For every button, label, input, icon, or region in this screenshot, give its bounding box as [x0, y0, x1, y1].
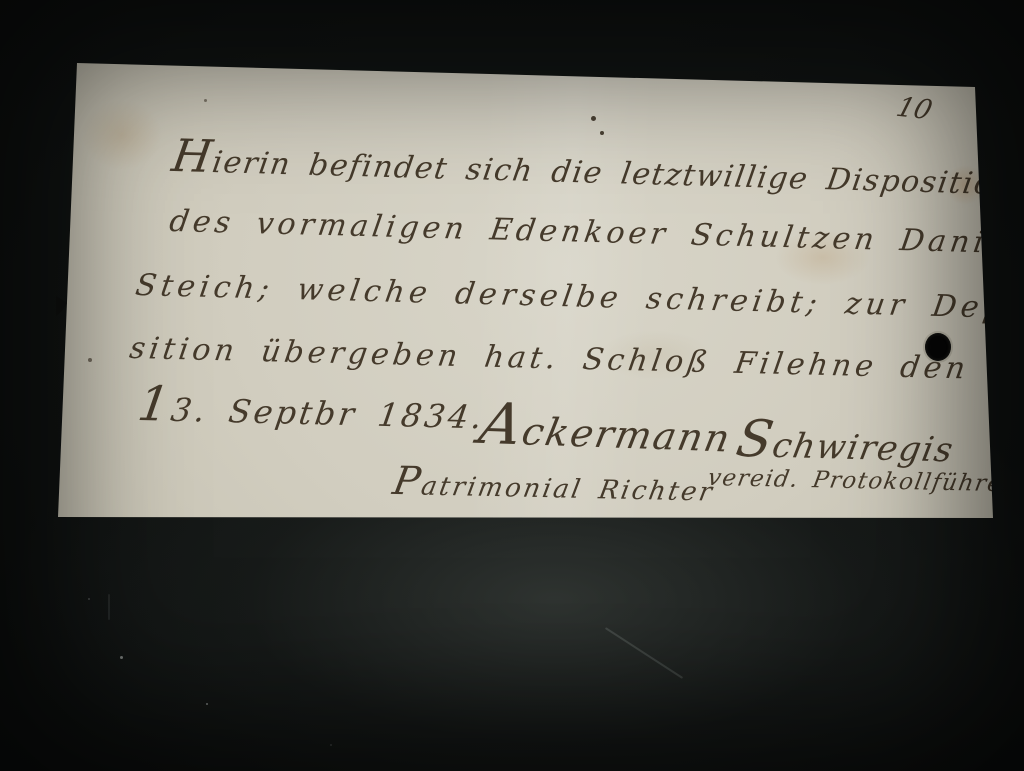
handwriting-line-5: 13. Septbr 1834.: [135, 380, 489, 436]
scratch-mark-1: [605, 627, 683, 679]
ink-speck-3: [88, 358, 92, 362]
ink-speck-4: [204, 99, 207, 102]
stain-top-left: [82, 100, 162, 170]
dust-speck-3: [88, 598, 90, 600]
handwriting-line-4: sition übergeben hat. Schloß Filehne den: [128, 334, 971, 384]
handwriting-line-1: Hierin befindet sich die letztwillige Di…: [169, 133, 1019, 201]
dust-speck-1: [120, 656, 123, 659]
ink-speck-1: [591, 116, 596, 121]
punch-hole: [925, 333, 951, 361]
dust-speck-2: [206, 703, 208, 705]
scratch-mark-2: [108, 594, 110, 620]
paper-edge-notch: [56, 296, 67, 316]
signature-name-2: Schwiregis: [733, 414, 960, 470]
signature-name-1: Ackermann: [475, 396, 738, 461]
page-number: 10: [893, 94, 935, 124]
handwriting-line-2: des vormaligen Edenkoer Schultzen Daniel: [168, 207, 1024, 259]
paper-document: 10 Hierin befindet sich die letztwillige…: [0, 0, 1024, 771]
handwriting-line-3: Steich; welche derselbe schreibt; zur De…: [134, 271, 1024, 325]
dust-speck-4: [330, 744, 332, 746]
signature-title-1: Patrimonial Richter: [390, 462, 718, 508]
photo-frame: 10 Hierin befindet sich die letztwillige…: [0, 0, 1024, 771]
signature-title-2: vereid. Protokollführer: [706, 467, 1017, 496]
ink-speck-2: [600, 131, 604, 135]
